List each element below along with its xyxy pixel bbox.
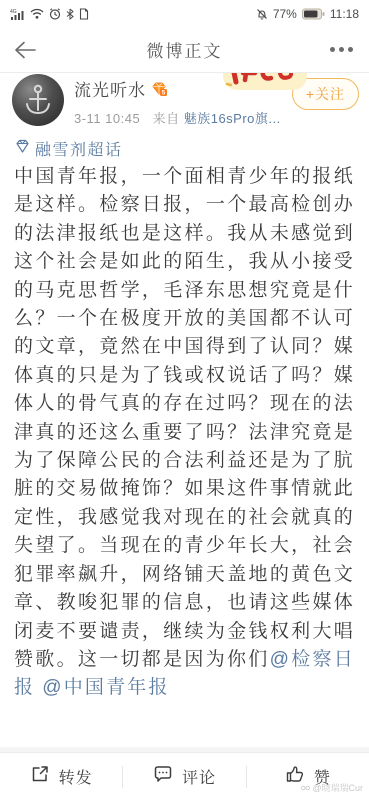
follow-button[interactable]: +关注 (292, 78, 359, 110)
svg-text:5: 5 (162, 89, 166, 96)
battery-icon (302, 8, 325, 20)
bluetooth-icon (66, 8, 74, 20)
status-icons-right: 77% 11:18 (256, 7, 359, 21)
comment-icon (153, 764, 173, 789)
signal-icon: 4G (10, 8, 25, 20)
mention-link-2[interactable]: @中国青年报 (42, 677, 170, 698)
anchor-photo (23, 83, 53, 117)
super-topic-icon (14, 139, 31, 159)
comment-button[interactable]: 评论 (123, 753, 245, 800)
author-info: 流光听水 5 3-11 10:45 来自 魅族16sPro旗... (74, 76, 281, 127)
more-options-button[interactable] (330, 47, 353, 52)
navigation-header: 微博正文 (0, 27, 369, 73)
repost-label: 转发 (59, 765, 93, 788)
author-name[interactable]: 流光听水 (74, 76, 146, 101)
status-bar: 4G 77% 11:18 (0, 0, 369, 27)
clock-time: 11:18 (330, 7, 359, 21)
post-text: 中国青年报，一个面相青少年的报纸是这样。检察日报，一个最高检创办的法津报纸也是这… (14, 163, 355, 703)
repost-button[interactable]: 转发 (0, 753, 122, 800)
author-row: 流光听水 5 3-11 10:45 来自 魅族16sPro旗... +关注 (12, 74, 359, 128)
page-title: 微博正文 (0, 37, 369, 62)
vip-badge-icon: 5 (151, 81, 168, 97)
like-icon (285, 764, 305, 789)
source-from-label: 来自 (153, 111, 180, 126)
battery-percent: 77% (273, 7, 297, 21)
post-meta: 3-11 10:45 来自 魅族16sPro旗... (74, 108, 281, 127)
weibo-post-detail-screen: 4G 77% 11:18 (0, 0, 369, 800)
alarm-icon (49, 8, 61, 20)
status-icons-left: 4G (10, 8, 89, 20)
comment-label: 评论 (182, 765, 216, 788)
action-bar: 转发 评论 赞 (0, 752, 369, 800)
repost-icon (30, 764, 50, 789)
super-topic-link[interactable]: 融雪剂超话 (14, 137, 123, 160)
svg-text:4G: 4G (10, 9, 17, 15)
post-text-main: 中国青年报，一个面相青少年的报纸是这样。检察日报，一个最高检创办的法津报纸也是这… (14, 166, 355, 670)
clipboard-icon (79, 8, 89, 20)
like-button[interactable]: 赞 (247, 753, 369, 800)
super-topic-label: 融雪剂超话 (35, 137, 123, 160)
mute-bell-icon (256, 8, 268, 20)
source-device-link[interactable]: 魅族16sPro旗... (184, 111, 281, 126)
like-label: 赞 (314, 765, 331, 788)
wifi-icon (30, 8, 44, 19)
post-date: 3-11 10:45 (74, 111, 140, 126)
avatar[interactable] (12, 74, 64, 126)
